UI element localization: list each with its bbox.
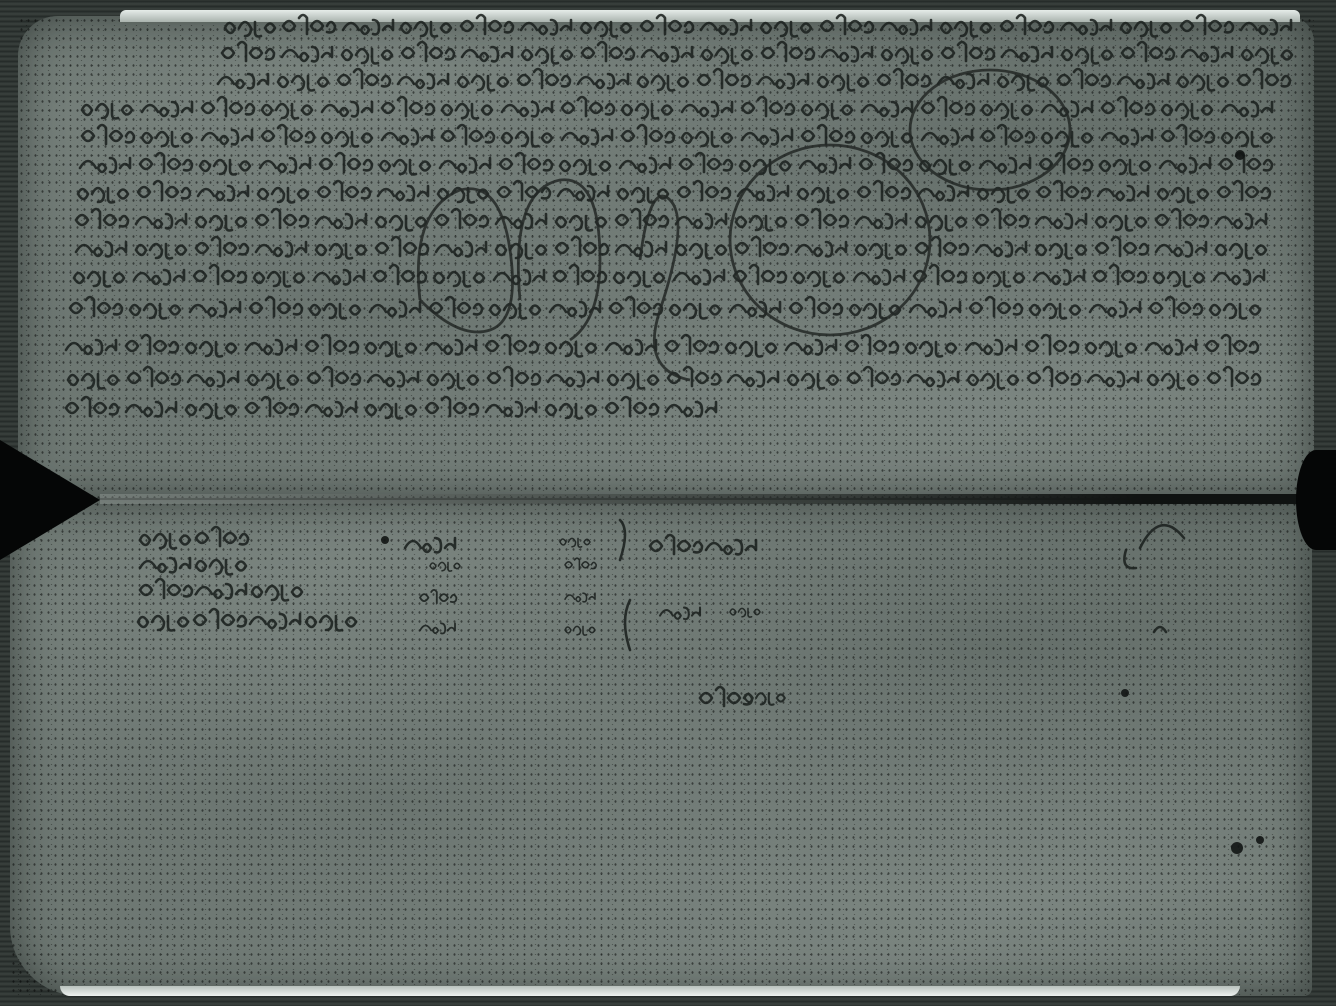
fold-notch-right	[1296, 450, 1336, 550]
paper-bottom-edge	[60, 986, 1240, 996]
manuscript-lower-panel	[10, 500, 1312, 996]
fold-notch-left	[0, 440, 100, 560]
fold-crease	[100, 494, 1330, 504]
manuscript-upper-panel	[18, 16, 1314, 498]
paper-top-edge	[120, 10, 1300, 22]
